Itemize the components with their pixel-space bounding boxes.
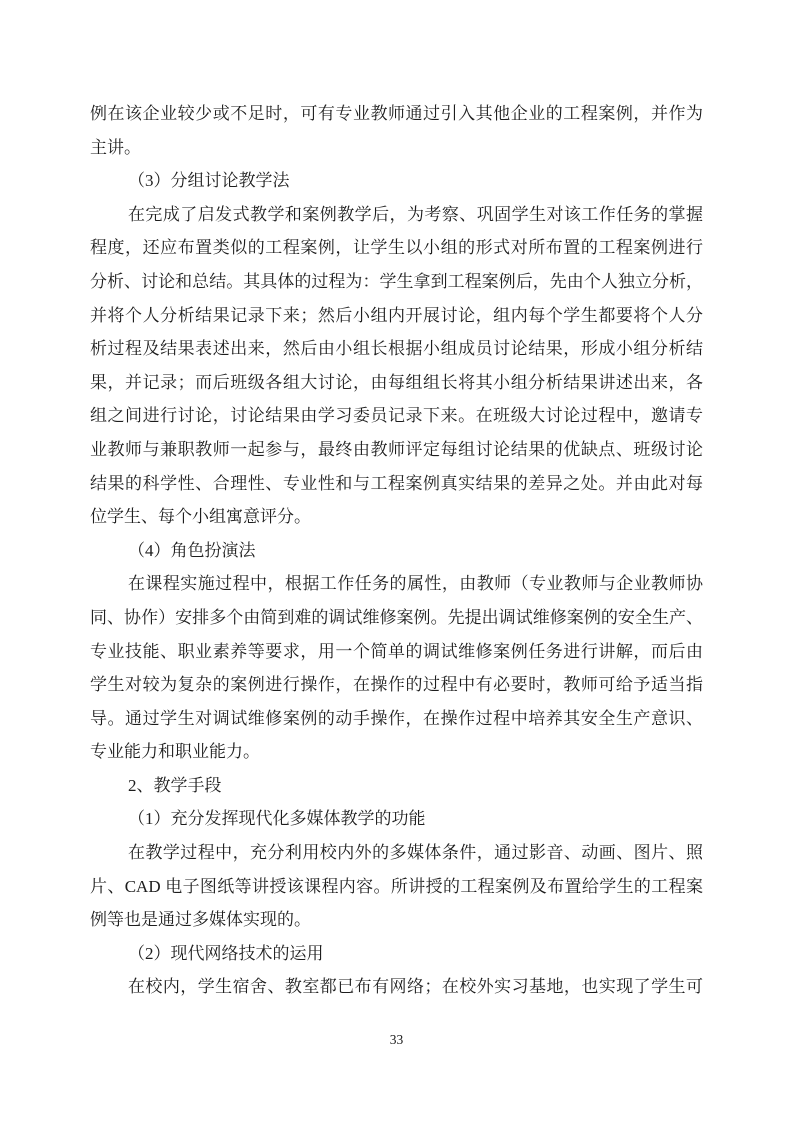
- text-line: 结果的科学性、合理性、专业性和与工程案例真实结果的差异之处。并由此对每: [90, 467, 703, 501]
- text-line: 析过程及结果表述出来，然后由小组长根据小组成员讨论结果，形成小组分析结: [90, 332, 703, 366]
- text-line: 组之间进行讨论，讨论结果由学习委员记录下来。在班级大讨论过程中，邀请专: [90, 399, 703, 433]
- text-line: 在教学过程中，充分利用校内外的多媒体条件，通过影音、动画、图片、照: [90, 836, 703, 870]
- text-line: 在课程实施过程中，根据工作任务的属性，由教师（专业教师与企业教师协: [90, 567, 703, 601]
- text-line: 同、协作）安排多个由简到难的调试维修案例。先提出调试维修案例的安全生产、: [90, 601, 703, 635]
- page-number: 33: [390, 1032, 404, 1047]
- text-line: 并将个人分析结果记录下来；然后小组内开展讨论，组内每个学生都要将个人分: [90, 299, 703, 333]
- paragraph-multimedia: 在教学过程中，充分利用校内外的多媒体条件，通过影音、动画、图片、照 片、CAD …: [90, 836, 703, 937]
- text-line: 在校内，学生宿舍、教室都已布有网络；在校外实习基地，也实现了学生可: [90, 970, 703, 1004]
- text-line: 果，并记录；而后班级各组大讨论，由每组组长将其小组分析结果讲述出来，各: [90, 366, 703, 400]
- text-line: 例等也是通过多媒体实现的。: [90, 903, 703, 937]
- heading-role-play-method: （4）角色扮演法: [90, 534, 703, 568]
- text-line: 位学生、每个小组寓意评分。: [90, 500, 703, 534]
- heading-teaching-means: 2、教学手段: [90, 769, 703, 803]
- paragraph-role-play: 在课程实施过程中，根据工作任务的属性，由教师（专业教师与企业教师协 同、协作）安…: [90, 567, 703, 769]
- paragraph-continued-from-previous-page: 例在该企业较少或不足时，可有专业教师通过引入其他企业的工程案例，并作为 主讲。: [90, 97, 703, 164]
- text-line: 分析、讨论和总结。其具体的过程为：学生拿到工程案例后，先由个人独立分析，: [90, 265, 703, 299]
- text-line: 专业能力和职业能力。: [90, 735, 703, 769]
- text-line: 例在该企业较少或不足时，可有专业教师通过引入其他企业的工程案例，并作为: [90, 97, 703, 131]
- text-line: 片、CAD 电子图纸等讲授该课程内容。所讲授的工程案例及布置给学生的工程案: [90, 870, 703, 904]
- page-body-text: 例在该企业较少或不足时，可有专业教师通过引入其他企业的工程案例，并作为 主讲。 …: [90, 97, 703, 1004]
- paragraph-network: 在校内，学生宿舍、教室都已布有网络；在校外实习基地，也实现了学生可: [90, 970, 703, 1004]
- heading-multimedia-teaching: （1）充分发挥现代化多媒体教学的功能: [90, 802, 703, 836]
- document-page: 例在该企业较少或不足时，可有专业教师通过引入其他企业的工程案例，并作为 主讲。 …: [0, 0, 793, 1122]
- text-line: 业教师与兼职教师一起参与，最终由教师评定每组讨论结果的优缺点、班级讨论: [90, 433, 703, 467]
- text-line: 程度，还应布置类似的工程案例，让学生以小组的形式对所布置的工程案例进行: [90, 231, 703, 265]
- heading-network-technology: （2）现代网络技术的运用: [90, 937, 703, 971]
- text-line: 主讲。: [90, 131, 703, 165]
- heading-group-discussion-method: （3）分组讨论教学法: [90, 164, 703, 198]
- text-line: 在完成了启发式教学和案例教学后，为考察、巩固学生对该工作任务的掌握: [90, 198, 703, 232]
- text-line: 导。通过学生对调试维修案例的动手操作，在操作过程中培养其安全生产意识、: [90, 702, 703, 736]
- text-line: 学生对较为复杂的案例进行操作，在操作的过程中有必要时，教师可给予适当指: [90, 668, 703, 702]
- paragraph-group-discussion: 在完成了启发式教学和案例教学后，为考察、巩固学生对该工作任务的掌握 程度，还应布…: [90, 198, 703, 534]
- page-footer: 33: [0, 1030, 793, 1050]
- text-line: 专业技能、职业素养等要求，用一个简单的调试维修案例任务进行讲解，而后由: [90, 635, 703, 669]
